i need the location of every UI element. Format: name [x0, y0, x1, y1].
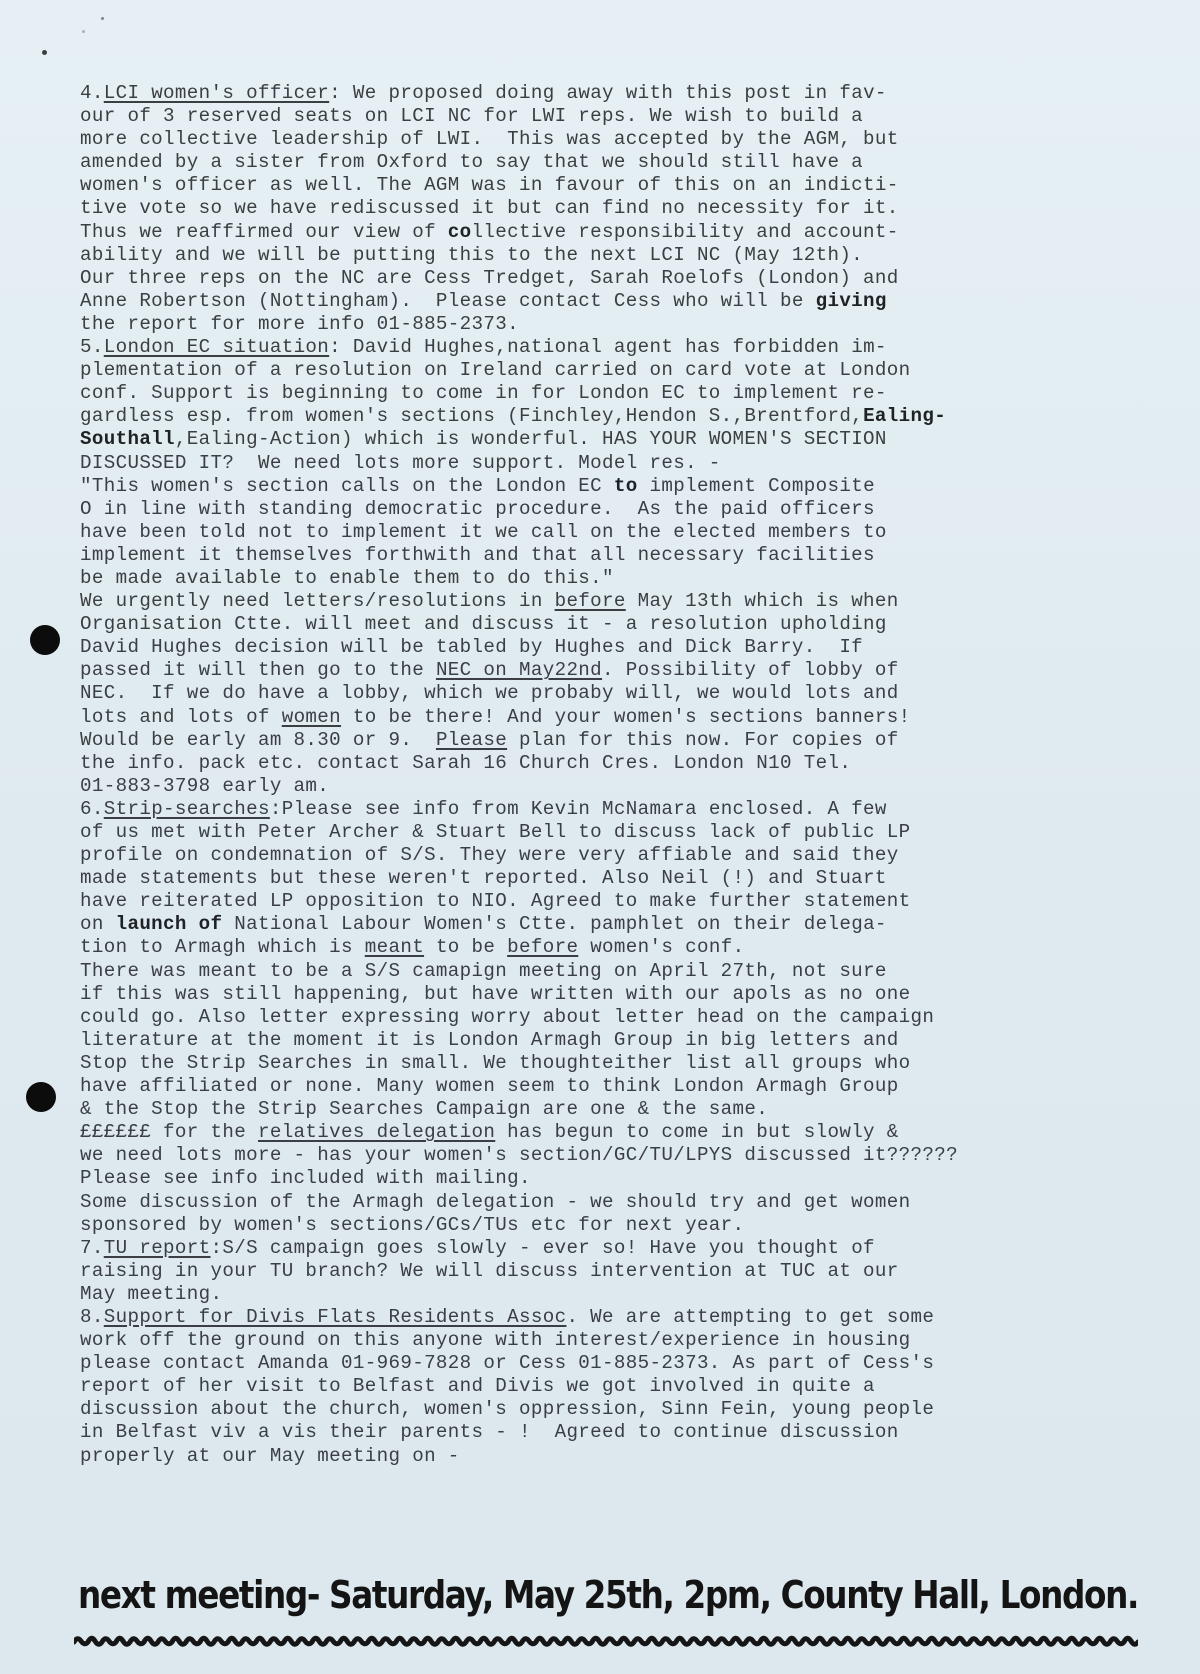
text-run: to: [614, 475, 638, 497]
text-run: 4.: [80, 82, 104, 104]
text-run: lots and lots of: [80, 706, 282, 728]
text-run: Anne Robertson (Nottingham). Please cont…: [80, 290, 816, 312]
text-run: Would be early am 8.30 or 9.: [80, 729, 436, 751]
typewritten-body: 4.LCI women's officer: We proposed doing…: [80, 82, 1195, 1468]
text-run: [187, 913, 199, 935]
text-line: tion to Armagh which is meant to be befo…: [80, 936, 1195, 959]
text-run: of: [199, 913, 223, 935]
text-run: has begun to come in but slowly &: [495, 1121, 898, 1143]
underlined-heading: Please: [436, 729, 507, 751]
text-line: tive vote so we have rediscussed it but …: [80, 197, 1195, 220]
text-run: NEC. If we do have a lobby, which we pro…: [80, 682, 899, 704]
text-line: report of her visit to Belfast and Divis…: [80, 1375, 1195, 1398]
text-run: amended by a sister from Oxford to say t…: [80, 151, 863, 173]
text-run: 01-883-3798 early am.: [80, 775, 329, 797]
text-run: National Labour Women's Ctte. pamphlet o…: [222, 913, 886, 935]
text-line: literature at the moment it is London Ar…: [80, 1029, 1195, 1052]
text-line: please contact Amanda 01-969-7828 or Ces…: [80, 1352, 1195, 1375]
text-line: David Hughes decision will be tabled by …: [80, 636, 1195, 659]
text-line: we need lots more - has your women's sec…: [80, 1144, 1195, 1167]
text-line: work off the ground on this anyone with …: [80, 1329, 1195, 1352]
text-run: made statements but these weren't report…: [80, 867, 887, 889]
text-run: DISCUSSED IT? We need lots more support.…: [80, 452, 721, 474]
text-run: May meeting.: [80, 1283, 222, 1305]
text-run: the report for more info 01-885-2373.: [80, 313, 519, 335]
text-line: Organisation Ctte. will meet and discuss…: [80, 613, 1195, 636]
text-run: the info. pack etc. contact Sarah 16 Chu…: [80, 752, 851, 774]
text-run: :S/S campaign goes slowly - ever so! Hav…: [211, 1237, 875, 1259]
text-line: be made available to enable them to do t…: [80, 567, 1195, 590]
text-run: women's conf.: [578, 936, 744, 958]
punch-hole: [30, 625, 60, 655]
text-run: profile on condemnation of S/S. They wer…: [80, 844, 899, 866]
underlined-heading: TU report: [104, 1237, 211, 1259]
text-line: Our three reps on the NC are Cess Tredge…: [80, 267, 1195, 290]
text-run: "This women's section calls on the Londo…: [80, 475, 614, 497]
text-run: tive vote so we have rediscussed it but …: [80, 197, 899, 219]
text-line: Southall,Ealing-Action) which is wonderf…: [80, 428, 1195, 451]
text-run: Our three reps on the NC are Cess Tredge…: [80, 267, 899, 289]
text-line: properly at our May meeting on -: [80, 1445, 1195, 1468]
text-run: our of 3 reserved seats on LCI NC for LW…: [80, 105, 863, 127]
text-run: ability and we will be putting this to t…: [80, 244, 863, 266]
text-run: raising in your TU branch? We will discu…: [80, 1260, 899, 1282]
text-line: in Belfast viv a vis their parents - ! A…: [80, 1421, 1195, 1444]
text-run: giving: [816, 290, 887, 312]
text-run: discussion about the church, women's opp…: [80, 1398, 934, 1420]
text-run: have reiterated LP opposition to NIO. Ag…: [80, 890, 911, 912]
text-run: report of her visit to Belfast and Divis…: [80, 1375, 875, 1397]
text-line: discussion about the church, women's opp…: [80, 1398, 1195, 1421]
text-line: the info. pack etc. contact Sarah 16 Chu…: [80, 752, 1195, 775]
text-run: on: [80, 913, 116, 935]
underlined-heading: before: [555, 590, 626, 612]
text-line: 4.LCI women's officer: We proposed doing…: [80, 82, 1195, 105]
text-run: :Please see info from Kevin McNamara enc…: [270, 798, 887, 820]
text-run: There was meant to be a S/S camapign mee…: [80, 960, 887, 982]
text-run: in Belfast viv a vis their parents - ! A…: [80, 1421, 899, 1443]
text-line: & the Stop the Strip Searches Campaign a…: [80, 1098, 1195, 1121]
underlined-heading: NEC on May22nd: [436, 659, 602, 681]
text-line: Some discussion of the Armagh delegation…: [80, 1191, 1195, 1214]
text-run: llective responsibility and account-: [472, 221, 899, 243]
text-run: could go. Also letter expressing worry a…: [80, 1006, 934, 1028]
text-run: David Hughes decision will be tabled by …: [80, 636, 863, 658]
text-run: to be there! And your women's sections b…: [341, 706, 911, 728]
text-run: . Possibility of lobby of: [602, 659, 899, 681]
text-run: plementation of a resolution on Ireland …: [80, 359, 911, 381]
text-line: 7.TU report:S/S campaign goes slowly - e…: [80, 1237, 1195, 1260]
text-run: properly at our May meeting on -: [80, 1445, 460, 1467]
text-line: have reiterated LP opposition to NIO. Ag…: [80, 890, 1195, 913]
underlined-heading: Support for Divis Flats Residents Assoc: [104, 1306, 567, 1328]
text-run: & the Stop the Strip Searches Campaign a…: [80, 1098, 768, 1120]
text-line: DISCUSSED IT? We need lots more support.…: [80, 452, 1195, 475]
text-line: Anne Robertson (Nottingham). Please cont…: [80, 290, 1195, 313]
text-run: 6.: [80, 798, 104, 820]
text-run: be made available to enable them to do t…: [80, 567, 614, 589]
text-line: 8.Support for Divis Flats Residents Asso…: [80, 1306, 1195, 1329]
text-line: if this was still happening, but have wr…: [80, 983, 1195, 1006]
punch-hole: [26, 1082, 56, 1112]
text-line: implement it themselves forthwith and th…: [80, 544, 1195, 567]
text-line: more collective leadership of LWI. This …: [80, 128, 1195, 151]
text-line: Stop the Strip Searches in small. We tho…: [80, 1052, 1195, 1075]
text-run: we need lots more - has your women's sec…: [80, 1144, 958, 1166]
text-run: May 13th which is when: [626, 590, 899, 612]
text-run: 5.: [80, 336, 104, 358]
squiggle-underline-icon: [74, 1630, 1138, 1652]
text-run: : David Hughes,national agent has forbid…: [329, 336, 887, 358]
text-line: There was meant to be a S/S camapign mee…: [80, 960, 1195, 983]
text-line: gardless esp. from women's sections (Fin…: [80, 405, 1195, 428]
text-run: launch: [116, 913, 187, 935]
underlined-heading: Strip-searches: [104, 798, 270, 820]
text-run: : We proposed doing away with this post …: [329, 82, 887, 104]
text-run: tion to Armagh which is: [80, 936, 365, 958]
text-line: conf. Support is beginning to come in fo…: [80, 382, 1195, 405]
text-line: made statements but these weren't report…: [80, 867, 1195, 890]
text-run: . We are attempting to get some: [566, 1306, 934, 1328]
ink-speck: [82, 30, 85, 33]
text-run: Stop the Strip Searches in small. We tho…: [80, 1052, 911, 1074]
text-run: have been told not to implement it we ca…: [80, 521, 887, 543]
text-run: if this was still happening, but have wr…: [80, 983, 911, 1005]
scanned-document-page: 4.LCI women's officer: We proposed doing…: [0, 0, 1200, 1674]
text-run: 8.: [80, 1306, 104, 1328]
text-line: 01-883-3798 early am.: [80, 775, 1195, 798]
next-meeting-announcement: next meeting- Saturday, May 25th, 2pm, C…: [78, 1573, 1138, 1617]
text-run: women's officer as well. The AGM was in …: [80, 174, 899, 196]
text-run: to be: [424, 936, 507, 958]
text-line: our of 3 reserved seats on LCI NC for LW…: [80, 105, 1195, 128]
text-line: Thus we reaffirmed our view of collectiv…: [80, 221, 1195, 244]
text-line: women's officer as well. The AGM was in …: [80, 174, 1195, 197]
underlined-heading: meant: [365, 936, 424, 958]
text-run: implement it themselves forthwith and th…: [80, 544, 875, 566]
underlined-heading: London EC situation: [104, 336, 329, 358]
text-line: passed it will then go to the NEC on May…: [80, 659, 1195, 682]
text-line: Would be early am 8.30 or 9. Please plan…: [80, 729, 1195, 752]
text-line: lots and lots of women to be there! And …: [80, 706, 1195, 729]
text-line: profile on condemnation of S/S. They wer…: [80, 844, 1195, 867]
text-run: literature at the moment it is London Ar…: [80, 1029, 899, 1051]
text-run: Thus we reaffirmed our view of: [80, 221, 448, 243]
text-line: have been told not to implement it we ca…: [80, 521, 1195, 544]
text-run: conf. Support is beginning to come in fo…: [80, 382, 887, 404]
text-run: Ealing-: [863, 405, 946, 427]
text-run: more collective leadership of LWI. This …: [80, 128, 899, 150]
text-run: ,Ealing-Action) which is wonderful. HAS …: [175, 428, 887, 450]
text-line: sponsored by women's sections/GCs/TUs et…: [80, 1214, 1195, 1237]
text-run: 7.: [80, 1237, 104, 1259]
text-line: 5.London EC situation: David Hughes,nati…: [80, 336, 1195, 359]
text-run: ££££££ for the: [80, 1121, 258, 1143]
underlined-heading: women: [282, 706, 341, 728]
text-line: could go. Also letter expressing worry a…: [80, 1006, 1195, 1029]
text-run: implement Composite: [638, 475, 875, 497]
text-run: plan for this now. For copies of: [507, 729, 899, 751]
underlined-heading: before: [507, 936, 578, 958]
text-line: ability and we will be putting this to t…: [80, 244, 1195, 267]
text-run: please contact Amanda 01-969-7828 or Ces…: [80, 1352, 934, 1374]
text-run: sponsored by women's sections/GCs/TUs et…: [80, 1214, 744, 1236]
text-line: have affiliated or none. Many women seem…: [80, 1075, 1195, 1098]
text-run: Organisation Ctte. will meet and discuss…: [80, 613, 887, 635]
text-line: May meeting.: [80, 1283, 1195, 1306]
text-run: Some discussion of the Armagh delegation…: [80, 1191, 911, 1213]
text-line: plementation of a resolution on Ireland …: [80, 359, 1195, 382]
text-line: O in line with standing democratic proce…: [80, 498, 1195, 521]
text-run: have affiliated or none. Many women seem…: [80, 1075, 899, 1097]
text-line: We urgently need letters/resolutions in …: [80, 590, 1195, 613]
text-run: Please see info included with mailing.: [80, 1167, 531, 1189]
text-line: Please see info included with mailing.: [80, 1167, 1195, 1190]
underlined-heading: LCI women's officer: [104, 82, 329, 104]
text-line: raising in your TU branch? We will discu…: [80, 1260, 1195, 1283]
text-line: "This women's section calls on the Londo…: [80, 475, 1195, 498]
text-line: NEC. If we do have a lobby, which we pro…: [80, 682, 1195, 705]
text-run: Southall: [80, 428, 175, 450]
text-run: We urgently need letters/resolutions in: [80, 590, 555, 612]
text-line: amended by a sister from Oxford to say t…: [80, 151, 1195, 174]
text-run: passed it will then go to the: [80, 659, 436, 681]
text-run: of us met with Peter Archer & Stuart Bel…: [80, 821, 911, 843]
text-run: co: [448, 221, 472, 243]
ink-speck: [101, 17, 104, 20]
text-line: the report for more info 01-885-2373.: [80, 313, 1195, 336]
ink-speck: [42, 50, 47, 55]
text-line: ££££££ for the relatives delegation has …: [80, 1121, 1195, 1144]
text-line: 6.Strip-searches:Please see info from Ke…: [80, 798, 1195, 821]
text-run: work off the ground on this anyone with …: [80, 1329, 911, 1351]
underlined-heading: relatives delegation: [258, 1121, 495, 1143]
text-line: on launch of National Labour Women's Ctt…: [80, 913, 1195, 936]
text-run: O in line with standing democratic proce…: [80, 498, 875, 520]
text-run: gardless esp. from women's sections (Fin…: [80, 405, 863, 427]
text-line: of us met with Peter Archer & Stuart Bel…: [80, 821, 1195, 844]
